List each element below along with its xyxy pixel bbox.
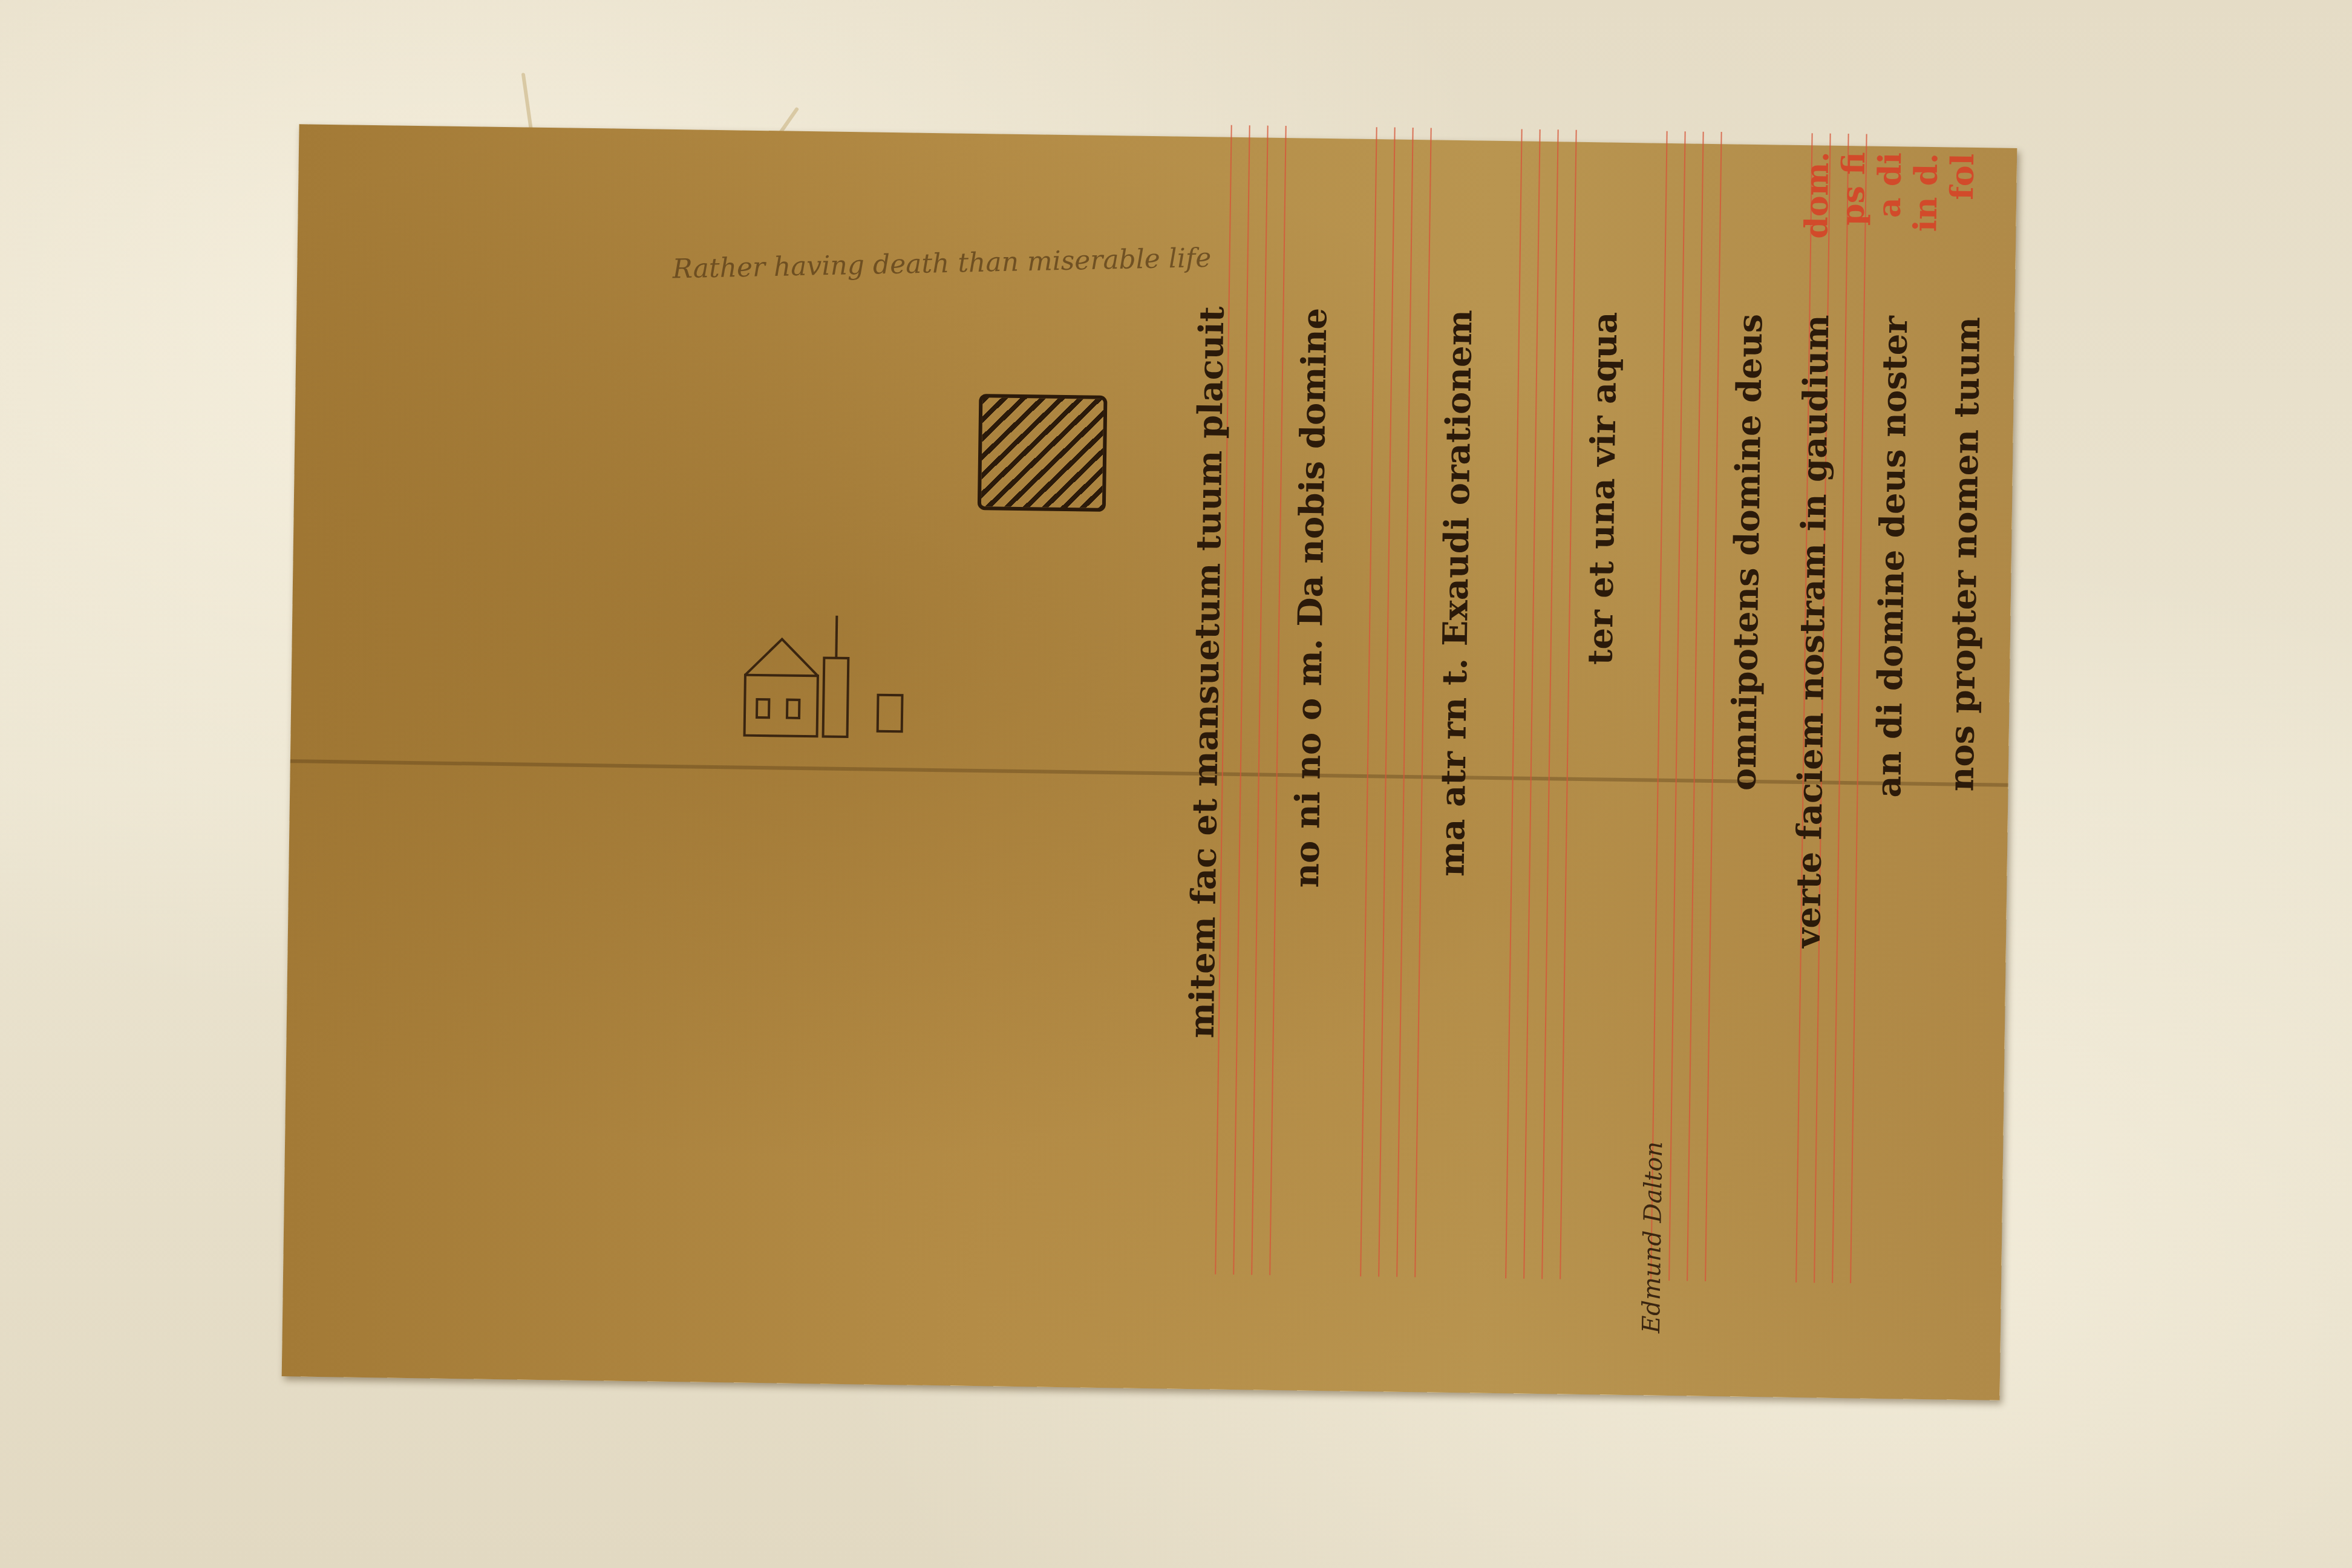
chant-text-line: ma atr rn t. Exaudi orationem: [1432, 310, 1480, 877]
chant-text-line: omnipotens domine deus: [1723, 313, 1770, 791]
chant-text-line: an di domine deus noster: [1869, 316, 1915, 798]
rubric-text: dom.: [1798, 151, 1836, 239]
rubric-text: a di: [1871, 152, 1909, 218]
decorated-initial: [978, 394, 1108, 512]
rubric-text: ps fi: [1835, 152, 1873, 226]
signature: Edmund Dalton: [1638, 1141, 1668, 1333]
chant-text-line: verte faciem nostram in gaudium: [1788, 315, 1837, 949]
chant-text-line: no ni no o m. Da nobis domine: [1287, 307, 1334, 888]
manuscript-leaf: Rather having death than miserable life: [282, 124, 2017, 1400]
rubric-text: fol: [1944, 153, 1981, 200]
church-sketch: [731, 602, 927, 786]
rubric-text: in d.: [1907, 152, 1945, 232]
chant-text-line: ter et una vir aqua: [1580, 312, 1625, 665]
marginal-note: Rather having death than miserable life: [672, 243, 1212, 285]
chant-text-line: nos propter nomen tuum: [1941, 316, 1988, 791]
chant-text-line: mitem fac et mansuetum tuum placuit: [1182, 306, 1232, 1039]
chant-music-block: mitem fac et mansuetum tuum placuit no n…: [1178, 125, 2005, 1285]
